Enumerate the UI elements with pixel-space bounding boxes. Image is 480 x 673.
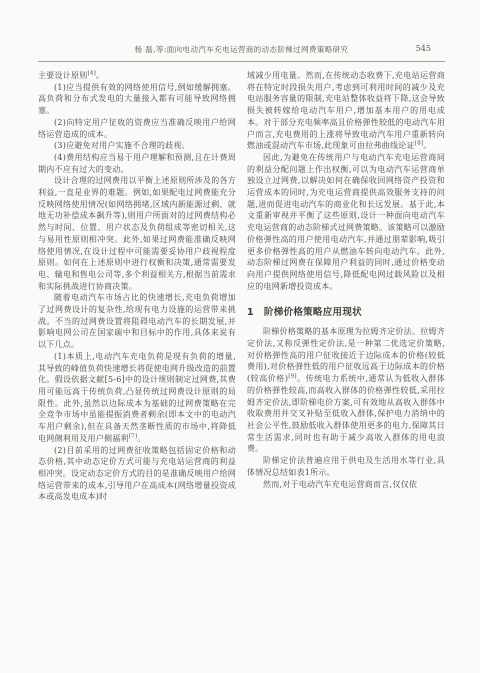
paragraph: (3)应避免对用户实施不合理的歧视。 [38, 140, 236, 152]
paragraph: 域减少用电量。然而,在传统动态收费下,充电站运营商将在特定时段损失用户,考虑到可… [247, 70, 445, 152]
page-number: 545 [416, 44, 431, 53]
paragraph: 设计合理的过网费用以平衡上述原则所涉及的各方利益,一直是业界的难题。例如,如果配… [38, 175, 236, 292]
paragraph: (4)费用结构应当易于用户理解和预测,且在计费周期内不应有过大的变动。 [38, 152, 236, 175]
paragraph: 然而,对于电动汽车充电运营商而言,仅仅依 [247, 479, 445, 491]
paragraph: (2)向特定用户征收的资费应当准确反映用户给网络运营造成的成本。 [38, 117, 236, 140]
paragraph: (1)应当提供有效的网络使用信号,例如缓解拥塞。高负荷和分布式发电的大量接入都有… [38, 82, 236, 117]
section-title: 阶梯价格策略应用现状 [264, 307, 362, 318]
header-rule [38, 61, 445, 62]
right-column: 域减少用电量。然而,在传统动态收费下,充电站运营商将在特定时段损失用户,考虑到可… [247, 70, 445, 503]
section-number: 1 [247, 307, 254, 318]
paragraph: 阶梯价格策略的基本原理为拉姆齐定价法。拉姆齐定价法,又称反弹性定价法,是一种第二… [247, 326, 445, 455]
paragraph: 阶梯定价法普遍应用于供电及生活用水等行业,具体情况总结如表1所示。 [247, 455, 445, 478]
text-columns: 主要设计原则[4]。 (1)应当提供有效的网络使用信号,例如缓解拥塞。高负荷和分… [38, 70, 445, 503]
section-heading: 1阶梯价格策略应用现状 [247, 304, 445, 318]
paragraph: 随着电动汽车市场占比的快速增长,充电负荷增加了过网费设计的复杂性,给现有电力设施… [38, 292, 236, 351]
running-title: 杨 磊,等:面向电动汽车充电运营商的动态阶梯过网费策略研究 [38, 44, 445, 55]
page-header: 杨 磊,等:面向电动汽车充电运营商的动态阶梯过网费策略研究 545 [38, 44, 445, 56]
left-column: 主要设计原则[4]。 (1)应当提供有效的网络使用信号,例如缓解拥塞。高负荷和分… [38, 70, 236, 503]
paragraph: 因此,为避免在传统用户与电动汽车充电运营商间的利益分配问题上作出权衡,可以为电动… [247, 152, 445, 292]
paragraph: (2)目前采用的过网费征收策略包括固定价格和动态价格,其中动态定价方式可能与充电… [38, 445, 236, 504]
paper-page: 杨 磊,等:面向电动汽车充电运营商的动态阶梯过网费策略研究 545 主要设计原则… [0, 0, 480, 673]
paragraph: (1)本质上,电动汽车充电负荷是现有负荷的增量,其导致的峰值负荷快速增长将促使电… [38, 351, 236, 445]
paragraph: 主要设计原则[4]。 [38, 70, 236, 82]
